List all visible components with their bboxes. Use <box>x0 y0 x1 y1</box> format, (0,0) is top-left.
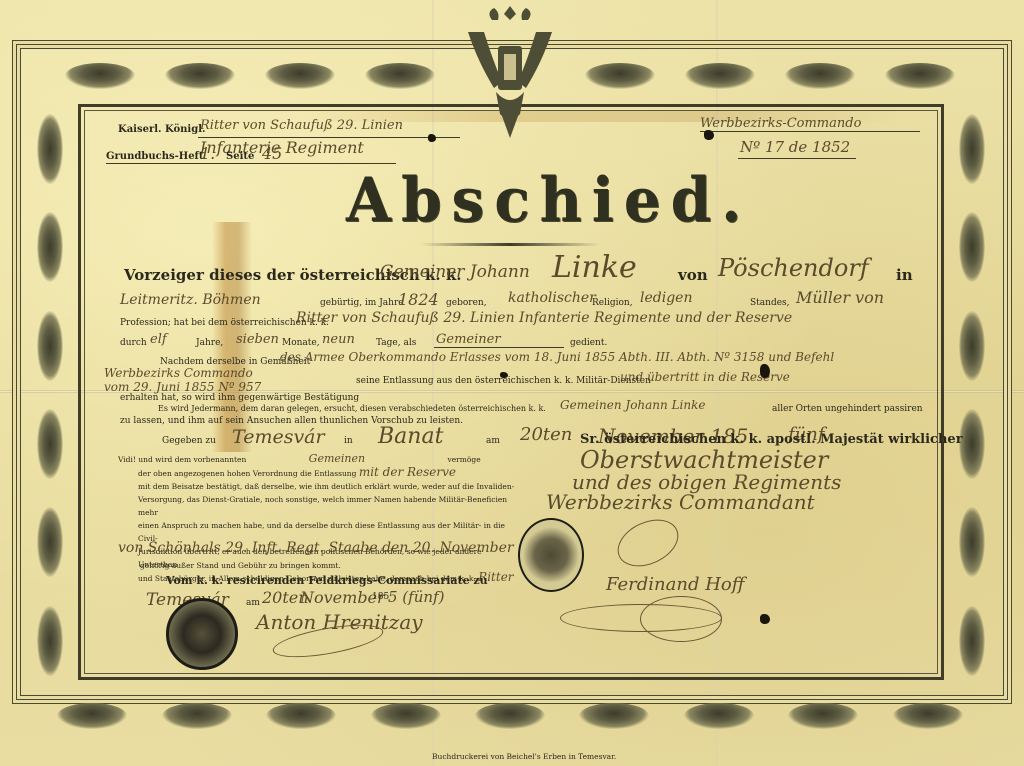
bestaetigung-text: erhalten hat, so wird ihm gegenwärtige B… <box>120 393 359 403</box>
given-place: Temesvár <box>232 426 325 448</box>
ornament-right <box>952 100 992 690</box>
monate-label: Monate, <box>282 338 320 348</box>
marital-status: ledigen <box>640 290 692 306</box>
passiren-text: aller Orten ungehindert passiren <box>772 404 923 414</box>
ornament-top-right <box>570 56 970 96</box>
double-headed-eagle-icon <box>462 2 558 142</box>
vermoege-text: vermöge <box>448 455 481 464</box>
commissariat-seal <box>166 598 238 670</box>
ornament-left <box>30 100 70 690</box>
werbbezirk-seal <box>518 518 584 592</box>
vidi-hand: Gemeinen <box>309 452 365 465</box>
seite-label: Seite <box>226 151 254 162</box>
surname: Linke <box>552 250 637 285</box>
kaiserl-value: Ritter von Schaufuß 29. Linien <box>200 118 403 133</box>
right-header-line2: Nº 17 de 1852 <box>740 138 850 156</box>
signature-flourish <box>640 596 722 642</box>
vidi-line3: mit dem Beisatze bestätigt, daß derselbe… <box>138 480 518 493</box>
decree-ref: Werbbezirks Commando vom 29. Juni 1855 N… <box>104 366 264 394</box>
vidi-line8-hand: von Schönhals 29. Inft. Regt. Staabe den… <box>118 540 554 556</box>
majesty-text: Sr. österreichischen k. k. apostl. Majes… <box>580 432 963 447</box>
request-text: Es wird Jedermann, dem daran gelegen, er… <box>158 404 546 413</box>
given-in: in <box>344 436 353 446</box>
rank-line3: Werbbezirks Commandant <box>546 490 815 514</box>
office-am: am <box>246 598 260 608</box>
profession: Müller von <box>796 288 884 307</box>
regiment-name: Ritter von Schaufuß 29. Linien Infanteri… <box>296 310 792 326</box>
standes-label: Standes, <box>750 298 790 308</box>
months-value: sieben <box>236 332 279 347</box>
rank-name: Gemeiner Johann <box>380 262 530 282</box>
in-label: in <box>896 266 913 284</box>
seite-value: 45 <box>262 144 282 163</box>
given-region: Banat <box>378 424 443 449</box>
kaiserl-label: Kaiserl. Königl. <box>118 124 205 135</box>
paper-hole <box>704 130 714 140</box>
office-label: Vom k. k. resicirenden Feldkriegs-Commis… <box>166 574 488 587</box>
bearer-name: Gemeinen Johann Linke <box>560 398 705 412</box>
decree-text: des Armee Oberkommando Erlasses vom 18. … <box>280 350 834 364</box>
given-day: 20ten <box>520 424 572 445</box>
years-value: elf <box>150 332 167 347</box>
religion-value: katholischer <box>508 290 596 306</box>
von-label: von <box>678 266 708 284</box>
office-year-word: 5 (fünf) <box>388 588 444 606</box>
ornament-bottom <box>40 696 980 736</box>
paper-hole <box>500 372 508 378</box>
birth-region: Leitmeritz. Böhmen <box>120 292 261 308</box>
birth-year: 1824 <box>398 290 439 309</box>
vidi-text: Vidi! und wird dem vorbenannten <box>118 455 246 464</box>
grundbuch-label: Grundbuchs-Heft <box>106 151 203 162</box>
geboren-label: geboren, <box>446 298 487 308</box>
days-value: neun <box>322 332 355 347</box>
jahre-label: Jahre, <box>196 338 223 348</box>
gedient-label: gedient. <box>570 338 607 348</box>
gegeben-label: Gegeben zu <box>162 436 216 446</box>
office-year: 185 <box>372 592 389 602</box>
vidi-line4: Versorgung, das Dienst-Gratiale, noch so… <box>138 493 518 519</box>
served-as: Gemeiner <box>436 332 501 347</box>
vidi-line2-hand: mit der Reserve <box>359 465 456 479</box>
field-line <box>738 158 856 159</box>
paper-hole <box>760 364 770 378</box>
religion-label: Religion, <box>592 298 633 308</box>
tage-label: Tage, als <box>376 338 416 348</box>
printer-imprint: Buchdruckerei von Beichel's Erben in Tem… <box>432 752 616 761</box>
vidi-line9: gehörig außer Stand und Gebühr zu bringe… <box>140 561 341 570</box>
document-title: Abschied. <box>346 164 751 235</box>
field-line <box>434 347 564 348</box>
title-flourish <box>420 243 600 246</box>
vidi-line2: der oben angezogenen hohen Verordnung di… <box>138 469 356 478</box>
paper-hole <box>760 614 770 624</box>
durch-label: durch <box>120 338 147 348</box>
paper-hole <box>428 134 436 142</box>
field-line <box>700 131 920 132</box>
commandant-signature: Ferdinand Hoff <box>606 574 745 595</box>
given-am: am <box>486 436 500 446</box>
right-header-line1: Werbbezirks-Commando <box>700 116 861 131</box>
birth-label: gebürtig, im Jahre <box>320 298 404 308</box>
ornament-top-left <box>50 56 450 96</box>
hometown: Pöschendorf <box>718 254 869 282</box>
grundbuch-value: 1. <box>200 144 215 163</box>
